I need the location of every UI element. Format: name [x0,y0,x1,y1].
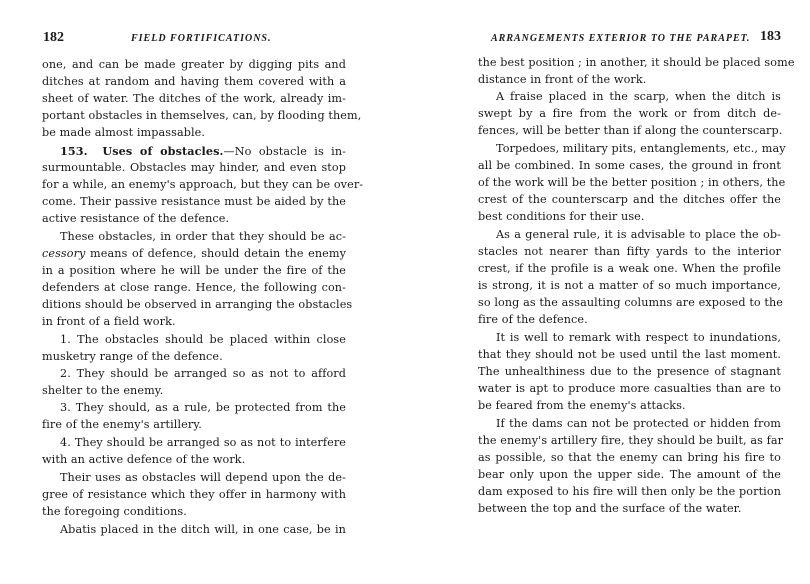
text-line: the foregoing conditions. [42,505,346,519]
list-item-line: musketry range of the defence. [42,350,346,364]
text-line: the enemy's artillery fire, they should … [478,434,781,448]
right-page: ARRANGEMENTS EXTERIOR TO THE PARAPET. 18… [405,0,810,584]
text-line: is strong, it is not a matter of so much… [478,279,781,293]
text-line: gree of resistance which they offer in h… [42,488,346,502]
text-line: crest, if the profile is a weak one. Whe… [478,262,781,276]
text-line: surmountable. Obstacles may hinder, and … [42,161,346,175]
text-span: means of defence, should detain the enem… [85,247,346,260]
text-line: fire of the defence. [478,313,781,327]
text-line: all be combined. In some cases, the grou… [478,159,781,173]
text-line: If the dams can not be protected or hidd… [478,417,781,431]
text-line: best conditions for their use. [478,210,781,224]
page-number: 182 [43,30,64,46]
text-line: distance in front of the work. [478,73,781,87]
text-line: cessory means of defence, should detain … [42,247,346,261]
text-line: of the work will be the better position … [478,176,781,190]
text-line: Their uses as obstacles will depend upon… [42,471,346,485]
text-line: that they should not be used until the l… [478,348,781,362]
text-line: As a general rule, it is advisable to pl… [478,228,781,242]
text-line: ditions should be observed in arranging … [42,298,346,312]
text-line: between the top and the surface of the w… [478,502,781,516]
list-item-line: 3. They should, as a rule, be protected … [42,401,346,415]
text-line: defenders at close range. Hence, the fol… [42,281,346,295]
text-span: These obstacles, in order that they shou… [60,230,346,243]
text-line: be feared from the enemy's attacks. [478,399,781,413]
text-line: so long as the assaulting columns are ex… [478,296,781,310]
text-line: come. Their passive resistance must be a… [42,195,346,209]
text-line: stacles not nearer than fifty yards to t… [478,245,781,259]
text-line: ditches at random and having them covere… [42,75,346,89]
text-line: the best position ; in another, it shoul… [478,56,781,70]
list-item-line: with an active defence of the work. [42,453,346,467]
list-item-line: fire of the enemy's artillery. [42,418,346,432]
text-line: swept by a fire from the work or from di… [478,107,781,121]
section-heading-line: 153. Uses of obstacles.—No obstacle is i… [42,144,346,159]
text-line: These obstacles, in order that they shou… [42,230,346,244]
text-line: in a position where he will be under the… [42,264,346,278]
text-line: The unhealthiness due to the presence of… [478,365,781,379]
text-line: bear only upon the upper side. The amoun… [478,468,781,482]
text-line: one, and can be made greater by digging … [42,58,346,72]
page-number: 183 [760,29,781,45]
section-text: —No obstacle is in- [223,145,346,158]
text-line: Torpedoes, military pits, entanglements,… [478,142,781,156]
list-item-line: shelter to the enemy. [42,384,346,398]
section-title: Uses of obstacles. [102,144,223,158]
text-line: in front of a field work. [42,315,346,329]
list-item-line: 4. They should be arranged so as not to … [42,436,346,450]
text-line: be made almost impassable. [42,126,346,140]
left-page: 182 FIELD FORTIFICATIONS. one, and can b… [0,0,405,584]
list-item-line: 1. The obstacles should be placed within… [42,333,346,347]
text-line: dam exposed to his fire will then only b… [478,485,781,499]
running-head: FIELD FORTIFICATIONS. [131,33,271,44]
section-number: 153. [60,144,88,158]
text-line: active resistance of the defence. [42,212,346,226]
text-line: Abatis placed in the ditch will, in one … [42,523,346,537]
text-line: water is apt to produce more casualties … [478,382,781,396]
italic-word: cessory [42,247,85,260]
running-head: ARRANGEMENTS EXTERIOR TO THE PARAPET. [491,33,750,44]
list-item-line: 2. They should be arranged so as not to … [42,367,346,381]
text-line: portant obstacles in themselves, can, by… [42,109,346,123]
text-line: as possible, so that the enemy can bring… [478,451,781,465]
text-line: It is well to remark with respect to inu… [478,331,781,345]
text-line: A fraise placed in the scarp, when the d… [478,90,781,104]
text-line: crest of the counterscarp and the ditche… [478,193,781,207]
text-line: sheet of water. The ditches of the work,… [42,92,346,106]
text-line: for a while, an enemy's approach, but th… [42,178,346,192]
text-line: fences, will be better than if along the… [478,124,781,138]
